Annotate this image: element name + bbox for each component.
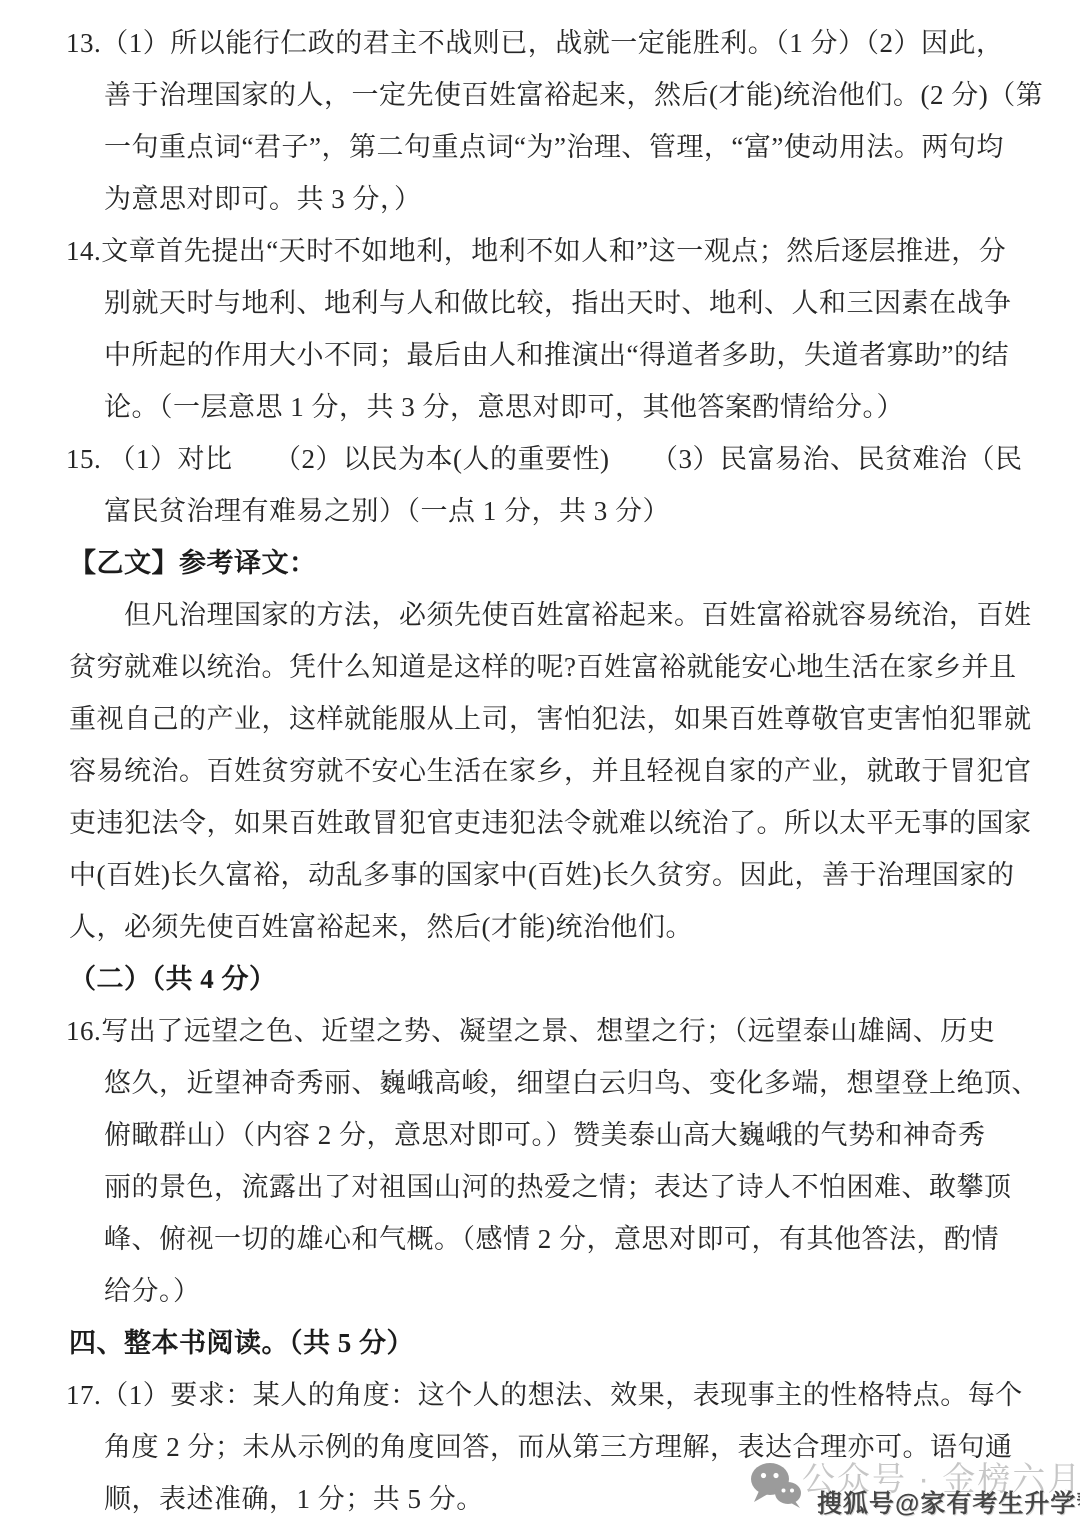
text-line: 16.写出了远望之色、近望之势、凝望之景、想望之行；（远望泰山雄阔、历史	[66, 1005, 1016, 1057]
text-line: 别就天时与地利、地利与人和做比较，指出天时、地利、人和三因素在战争	[66, 277, 1016, 329]
text-line: 13.（1）所以能行仁政的君主不战则已，战就一定能胜利。（1 分）（2）因此，	[66, 17, 1016, 69]
text-line: 为意思对即可。共 3 分，）	[66, 173, 1016, 225]
section-heading: （二）（共 4 分）	[66, 953, 1016, 1005]
document-body: 13.（1）所以能行仁政的君主不战则已，战就一定能胜利。（1 分）（2）因此，善…	[66, 17, 1016, 1525]
text-line: 17.（1）要求：某人的角度：这个人的想法、效果，表现事主的性格特点。每个	[66, 1369, 1016, 1421]
text-line: 一句重点词“君子”，第二句重点词“为”治理、管理，“富”使动用法。两句均	[66, 121, 1016, 173]
text-line: 但凡治理国家的方法，必须先使百姓富裕起来。百姓富裕就容易统治，百姓	[66, 589, 1016, 641]
text-line: 15. （1）对比 （2）以民为本(人的重要性) （3）民富易治、民贫难治（民	[66, 433, 1016, 485]
text-line: 角度 2 分；未从示例的角度回答，而从第三方理解，表达合理亦可。语句通	[66, 1421, 1016, 1473]
text-line: 14.文章首先提出“天时不如地利，地利不如人和”这一观点；然后逐层推进，分	[66, 225, 1016, 277]
text-line: 人，必须先使百姓富裕起来，然后(才能)统治他们。	[66, 901, 1016, 953]
answer-sheet-page: 13.（1）所以能行仁政的君主不战则已，战就一定能胜利。（1 分）（2）因此，善…	[0, 0, 1080, 1527]
text-line: 容易统治。百姓贫穷就不安心生活在家乡，并且轻视自家的产业，就敢于冒犯官	[66, 745, 1016, 797]
section-heading: 四、整本书阅读。（共 5 分）	[66, 1317, 1016, 1369]
text-line: 峰、俯视一切的雄心和气概。（感情 2 分，意思对即可，有其他答法，酌情	[66, 1213, 1016, 1265]
text-line: 俯瞰群山）（内容 2 分，意思对即可。）赞美泰山高大巍峨的气势和神奇秀	[66, 1109, 1016, 1161]
text-line: 善于治理国家的人，一定先使百姓富裕起来，然后(才能)统治他们。(2 分)（第	[66, 69, 1016, 121]
text-line: 重视自己的产业，这样就能服从上司，害怕犯法，如果百姓尊敬官吏害怕犯罪就	[66, 693, 1016, 745]
text-line: 悠久，近望神奇秀丽、巍峨高峻，细望白云归鸟、变化多端，想望登上绝顶、	[66, 1057, 1016, 1109]
text-line: 论。（一层意思 1 分，共 3 分，意思对即可，其他答案酌情给分。）	[66, 381, 1016, 433]
text-line: 富民贫治理有难易之别）（一点 1 分，共 3 分）	[66, 485, 1016, 537]
section-heading: 【乙文】参考译文：	[66, 537, 1016, 589]
text-line: 顺，表述准确，1 分；共 5 分。	[66, 1473, 1016, 1525]
text-line: 给分。）	[66, 1265, 1016, 1317]
text-line: 丽的景色，流露出了对祖国山河的热爱之情；表达了诗人不怕困难、敢攀顶	[66, 1161, 1016, 1213]
text-line: 贫穷就难以统治。凭什么知道是这样的呢?百姓富裕就能安心地生活在家乡并且	[66, 641, 1016, 693]
text-line: 中所起的作用大小不同；最后由人和推演出“得道者多助，失道者寡助”的结	[66, 329, 1016, 381]
text-line: 中(百姓)长久富裕，动乱多事的国家中(百姓)长久贫穷。因此，善于治理国家的	[66, 849, 1016, 901]
text-line: 吏违犯法令，如果百姓敢冒犯官吏违犯法令就难以统治了。所以太平无事的国家	[66, 797, 1016, 849]
